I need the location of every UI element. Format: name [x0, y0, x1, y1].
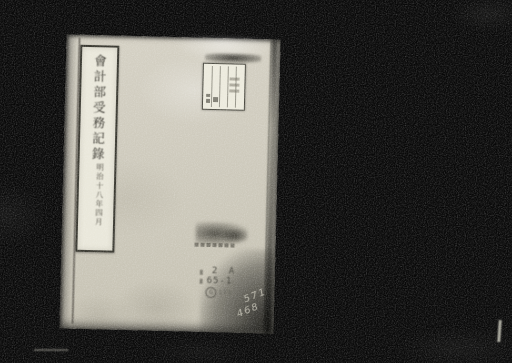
- catalog-column-divider: [219, 66, 221, 107]
- title-text: 會計部受務記錄: [88, 54, 109, 163]
- light-streak: [34, 349, 68, 351]
- catalog-column-divider: [235, 67, 237, 108]
- catalog-mark: [230, 77, 240, 80]
- catalog-label-slip: [202, 63, 246, 111]
- catalog-mark: [229, 83, 239, 86]
- catalog-mark: [229, 89, 239, 92]
- book-cover: 會計部受務記錄 明治十八年四月 2 A 65-1 G 171: [59, 34, 280, 333]
- shadow-smudge: [222, 228, 248, 243]
- photo-stage: 會計部受務記錄 明治十八年四月 2 A 65-1 G 171 571: [0, 0, 512, 363]
- ink-smudge: [205, 53, 261, 63]
- catalog-mark: [206, 94, 210, 97]
- light-streak: [497, 320, 501, 342]
- catalog-column-divider: [227, 66, 229, 107]
- stamp-line-2: 65-1: [207, 276, 243, 287]
- catalog-mark: [213, 97, 218, 102]
- stamp-side-marks: [200, 270, 203, 284]
- stamp-faint-number: 171: [218, 289, 232, 296]
- date-text: 明治十八年四月: [93, 163, 106, 227]
- title-slip: 會計部受務記錄 明治十八年四月: [75, 45, 119, 253]
- circle-stamp-icon: G: [205, 287, 216, 298]
- catalog-mark: [206, 99, 210, 103]
